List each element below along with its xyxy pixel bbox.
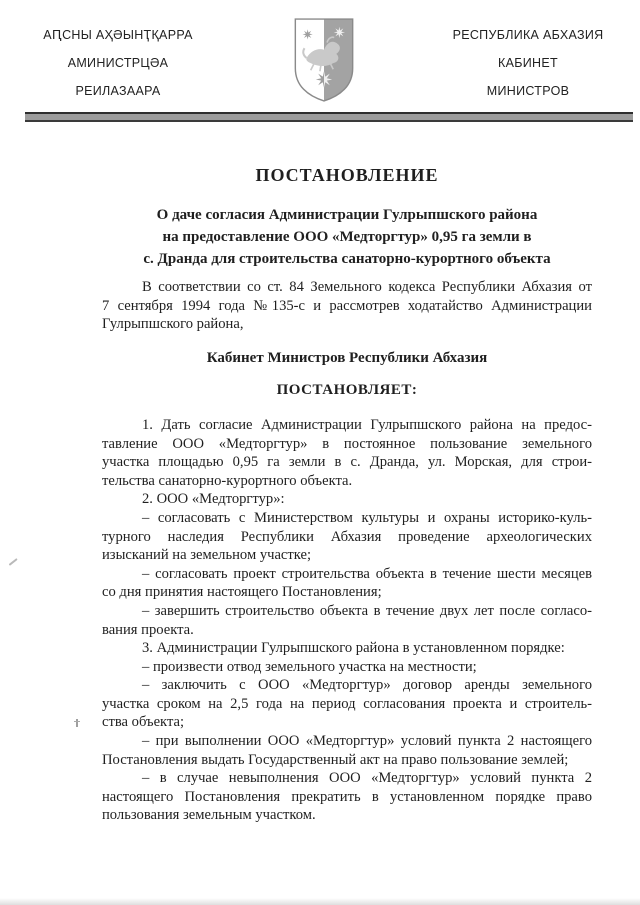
- paragraph-item-3: 3. Администрации Гулрыпшского района в у…: [102, 639, 592, 658]
- paragraph-item-2: 2. ООО «Медторгтур»:: [102, 490, 592, 509]
- letterhead-separator-rule: [25, 112, 633, 122]
- decree-items: 1. Дать согласие Администрации Гулрыпшск…: [102, 416, 592, 825]
- paragraph-item-2a: – согласовать с Министерством культуры и…: [102, 509, 592, 565]
- decree-word-heading: ПОСТАНОВЛЯЕТ:: [102, 381, 592, 400]
- paragraph-item-3b: – заключить с ООО «Медторгтур» договор а…: [102, 676, 592, 732]
- letterhead-abkhaz-line2: АМИНИСТРЦӘА: [8, 49, 228, 77]
- letterhead-russian-line2: КАБИНЕТ: [418, 49, 638, 77]
- scanned-decree-page: АԤСНЫ АҲӘЫНҬҚАРРА АМИНИСТРЦӘА РЕИЛАЗААРА: [0, 0, 640, 905]
- text-line: ства объекта;: [102, 713, 592, 732]
- document-body: В соответствии со ст. 84 Земельного коде…: [102, 278, 592, 825]
- text-line: Постановления выдать Государственный акт…: [102, 751, 592, 770]
- text-line: 2. ООО «Медторгтур»:: [102, 490, 592, 509]
- text-line: – завершить строительство объекта в тече…: [102, 602, 592, 621]
- text-line: тавление ООО «Медторгтур» в постоянное п…: [102, 435, 592, 454]
- text-line: со дня принятия настоящего Постановления…: [102, 583, 592, 602]
- paragraph-item-2b: – согласовать проект строительства объек…: [102, 565, 592, 602]
- resolver-heading: Кабинет Министров Республики Абхазия: [102, 349, 592, 368]
- text-line: 1. Дать согласие Администрации Гулрыпшск…: [102, 416, 592, 435]
- letterhead-abkhaz: АԤСНЫ АҲӘЫНҬҚАРРА АМИНИСТРЦӘА РЕИЛАЗААРА: [8, 21, 228, 105]
- scan-edge-shadow: [0, 898, 640, 905]
- paragraph-item-1: 1. Дать согласие Администрации Гулрыпшск…: [102, 416, 592, 490]
- paragraph-item-2c: – завершить строительство объекта в тече…: [102, 602, 592, 639]
- text-line: – согласовать с Министерством культуры и…: [102, 509, 592, 528]
- paragraph-item-3a: – произвести отвод земельного участка на…: [102, 658, 592, 677]
- text-line: участка площадью 0,95 га земли в с. Дран…: [102, 453, 592, 472]
- text-line: турного наследия Республики Абхазия пров…: [102, 528, 592, 547]
- coat-of-arms-icon: [293, 17, 355, 103]
- letterhead-russian: РЕСПУБЛИКА АБХАЗИЯ КАБИНЕТ МИНИСТРОВ: [418, 21, 638, 105]
- text-line: пользования земельным участком.: [102, 806, 592, 825]
- text-line: – при выполнении ООО «Медторгтур» услови…: [102, 732, 592, 751]
- pencil-mark: [9, 558, 18, 565]
- text-line: – произвести отвод земельного участка на…: [102, 658, 592, 677]
- text-line: – в случае невыполнения ООО «Медторгтур»…: [102, 769, 592, 788]
- letterhead-abkhaz-line3: РЕИЛАЗААРА: [8, 77, 228, 105]
- letterhead-russian-line1: РЕСПУБЛИКА АБХАЗИЯ: [418, 21, 638, 49]
- document-title: ПОСТАНОВЛЕНИЕ: [102, 165, 592, 186]
- text-line: участка сроком на 2,5 года на период сог…: [102, 695, 592, 714]
- text-line: на предоставление ООО «Медторгтур» 0,95 …: [87, 226, 607, 248]
- text-line: настоящего Постановления прекратить в ус…: [102, 788, 592, 807]
- text-line: тельства санаторно-курортного объекта.: [102, 472, 592, 491]
- text-line: – согласовать проект строительства объек…: [102, 565, 592, 584]
- paragraph-item-3d: – в случае невыполнения ООО «Медторгтур»…: [102, 769, 592, 825]
- star-icon: [334, 27, 345, 38]
- pencil-mark: [76, 719, 78, 727]
- intro-paragraph: В соответствии со ст. 84 Земельного коде…: [102, 278, 592, 334]
- text-line: 7 сентября 1994 года №135-с и рассмотрев…: [102, 297, 592, 316]
- letterhead-russian-line3: МИНИСТРОВ: [418, 77, 638, 105]
- text-line: изысканий на земельном участке;: [102, 546, 592, 565]
- paragraph-item-3c: – при выполнении ООО «Медторгтур» услови…: [102, 732, 592, 769]
- star-icon: [303, 29, 313, 39]
- text-line: О даче согласия Администрации Гулрыпшско…: [87, 204, 607, 226]
- text-line: вания проекта.: [102, 621, 592, 640]
- document-subtitle: О даче согласия Администрации Гулрыпшско…: [87, 204, 607, 270]
- text-line: – заключить с ООО «Медторгтур» договор а…: [102, 676, 592, 695]
- text-line: с. Дранда для строительства санаторно-ку…: [87, 248, 607, 270]
- text-line: В соответствии со ст. 84 Земельного коде…: [102, 278, 592, 297]
- text-line: Гулрыпшского района,: [102, 315, 592, 334]
- letterhead-abkhaz-line1: АԤСНЫ АҲӘЫНҬҚАРРА: [8, 21, 228, 49]
- text-line: 3. Администрации Гулрыпшского района в у…: [102, 639, 592, 658]
